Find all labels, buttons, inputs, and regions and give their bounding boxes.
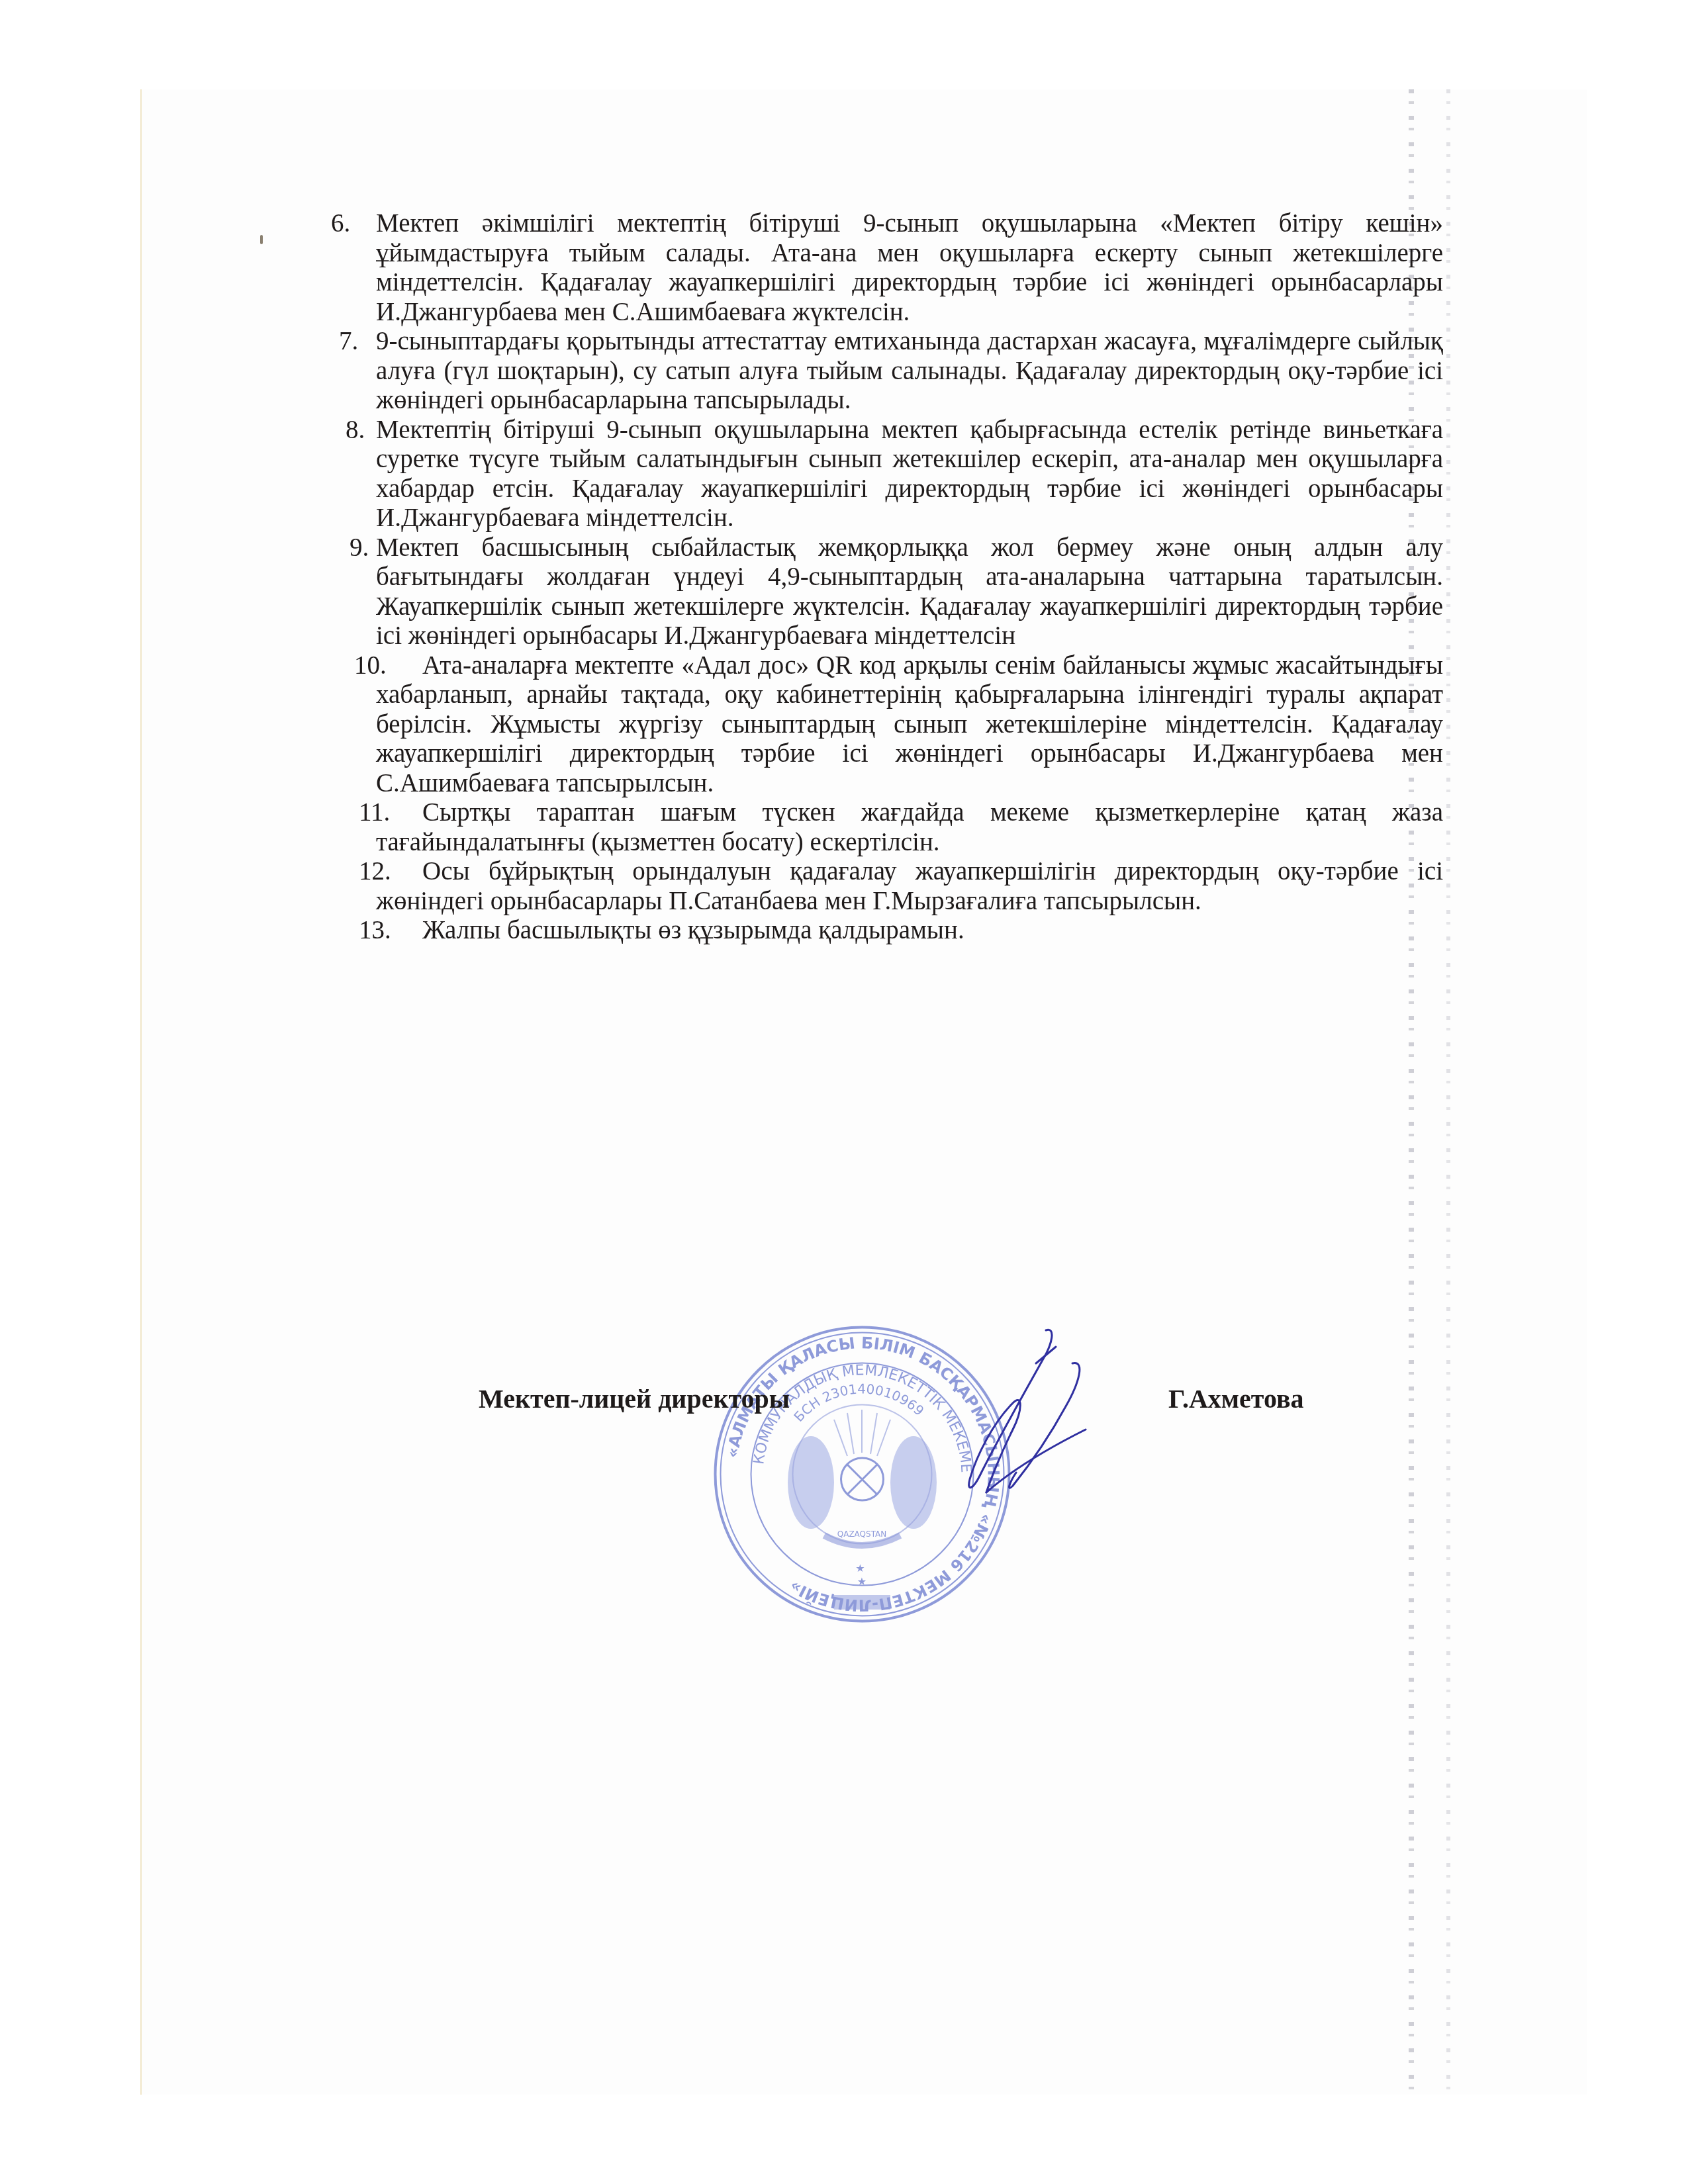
order-item-8: 8. Мектептің бітіруші 9-сынып оқушыларын… — [331, 416, 1443, 533]
signature-block: Мектеп-лицей директоры Г.Ахметова — [0, 1383, 1688, 1423]
order-item-11: 11. Сыртқы тараптан шағым түскен жағдайд… — [331, 798, 1443, 857]
item-text: Ата-аналарға мектепте «Адал дос» QR код … — [376, 651, 1443, 799]
item-number: 6. — [331, 209, 350, 239]
order-item-9: 9. Мектеп басшысының сыбайластық жемқорл… — [331, 533, 1443, 651]
order-item-10: 10. Ата-аналарға мектепте «Адал дос» QR … — [331, 651, 1443, 799]
item-number: 8. — [346, 416, 365, 445]
svg-text:QAZAQSTAN: QAZAQSTAN — [837, 1529, 887, 1539]
item-text: 9-сыныптардағы қорытынды аттестаттау емт… — [376, 327, 1443, 414]
signer-role: Мектеп-лицей директоры — [479, 1383, 790, 1414]
order-list: 6. Мектеп әкімшілігі мектептің бітіруші … — [331, 209, 1443, 946]
order-item-13: 13. Жалпы басшылықты өз құзырымда қалдыр… — [331, 916, 1443, 946]
scan-artifact-speck — [260, 235, 263, 244]
item-text: Мектеп басшысының сыбайластық жемқорлыққ… — [376, 533, 1443, 651]
scan-artifact-streak — [1446, 89, 1450, 2095]
svg-text:★ ★: ★ ★ — [855, 1562, 868, 1588]
item-number: 10. — [354, 651, 387, 681]
item-number: 11. — [359, 798, 390, 828]
item-text: Сыртқы тараптан шағым түскен жағдайда ме… — [376, 798, 1443, 857]
order-item-7: 7. 9-сыныптардағы қорытынды аттестаттау … — [331, 327, 1443, 416]
item-number: 7. — [339, 327, 358, 357]
item-number: 12. — [359, 857, 391, 887]
item-number: 9. — [350, 533, 369, 563]
item-text: Жалпы басшылықты өз құзырымда қалдырамын… — [376, 916, 1443, 946]
order-item-12: 12. Осы бұйрықтың орындалуын қадағалау ж… — [331, 857, 1443, 916]
order-item-6: 6. Мектеп әкімшілігі мектептің бітіруші … — [331, 209, 1443, 327]
item-text: Осы бұйрықтың орындалуын қадағалау жауап… — [376, 857, 1443, 916]
signer-name: Г.Ахметова — [1168, 1383, 1304, 1414]
item-text: Мектеп әкімшілігі мектептің бітіруші 9-с… — [376, 209, 1443, 326]
item-number: 13. — [359, 916, 391, 946]
item-text: Мектептің бітіруші 9-сынып оқушыларына м… — [376, 416, 1443, 533]
